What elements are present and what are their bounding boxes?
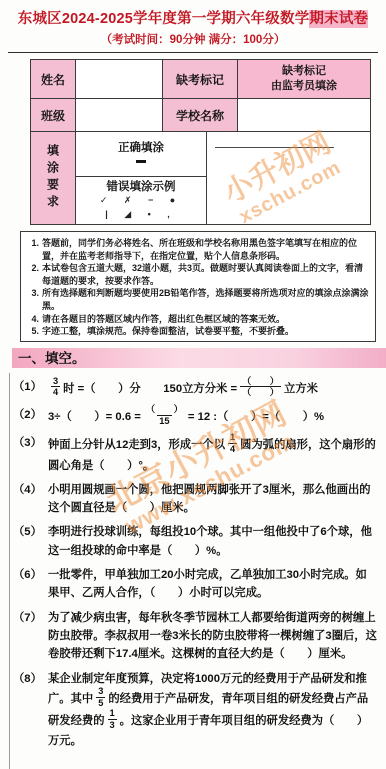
instructions-list: 1.答题前，同学们务必将姓名、所在班级和学校名称用黑色签字笔填写在相应的位置，并… — [24, 237, 369, 338]
fraction: 13 — [108, 708, 117, 730]
question-item: （5）李明进行投球训练，每组投10个球。其中一组他投中了6个球，他这一组投球的命… — [13, 523, 378, 560]
instruction-item: 5.字迹工整，填涂规范。保持卷面整洁，试卷要平整，不要折叠。 — [24, 325, 369, 338]
header-row-fill: 填涂要求 正确填涂 ▬ 错误填涂示例 ✓ ✗ − ● | ◢ • ‚ — [31, 132, 370, 224]
absent-note-line1: 缺考标记 — [282, 64, 326, 79]
question-item: （7）为了减少病虫害，每年秋冬季节园林工人都要给街道两旁的树缠上防虫胶带。李叔叔… — [13, 609, 378, 664]
question-text: 钟面上分针从12走到3，形成一个以14圆为弧的扇形，这个扇形的圆心角是（ ）°。 — [48, 434, 378, 475]
question-item: （8）某企业制定年度预算，决定将1000万元的经费用于产品研发和推广。其中35的… — [13, 670, 378, 751]
question-number: （5） — [13, 523, 48, 560]
instruction-number: 2. — [24, 262, 39, 287]
absent-mark-label: 缺考标记 — [162, 60, 237, 98]
correct-fill-mark-icon: ▬ — [136, 155, 146, 168]
instruction-text: 请在各题目的答题区域内作答，超出红色框区域的答案无效。 — [42, 313, 369, 326]
question-number: （8） — [13, 670, 48, 751]
wrong-fill-cell: 错误填涂示例 ✓ ✗ − ● | ◢ • ‚ — [76, 177, 206, 224]
wrong-fill-label: 错误填涂示例 — [107, 180, 176, 195]
header-table: 姓名 缺考标记 缺考标记 由监考员填涂 班级 学校名称 填涂要求 正确填涂 ▬ — [30, 59, 371, 225]
question-text: 为了减少病虫害，每年秋冬季节园林工人都要给街道两旁的树缠上防虫胶带。李叔叔用一卷… — [48, 609, 378, 664]
fill-requirement-text: 填涂要求 — [45, 144, 62, 212]
header-row-class: 班级 学校名称 — [31, 99, 370, 132]
instructions-box: 1.答题前，同学们务必将姓名、所在班级和学校名称用黑色签字笔填写在相应的位置，并… — [20, 231, 376, 342]
fraction: 34 — [51, 376, 60, 398]
section-heading: 一、填空。 — [8, 347, 386, 368]
question-item: （1）34时 =（ ）分 150立方分米 =（ ）（ ）立方米 — [13, 378, 378, 400]
question-number: （3） — [13, 434, 48, 475]
fill-requirement-label: 填涂要求 — [31, 132, 75, 224]
class-blank-cell — [75, 99, 162, 131]
question-item: （6）一批零件，甲单独加工20小时完成，乙单独加工30小时完成。如果甲、乙两人合… — [13, 566, 378, 603]
correct-fill-cell: 正确填涂 ▬ — [76, 132, 206, 177]
fraction: （ ）15 — [144, 404, 185, 426]
wrong-fill-marks-row1: ✓ ✗ − ● — [100, 194, 182, 208]
exam-page: 东城区2024-2025学年度第一学期六年级数学期末试卷 （考试时间：90分钟 … — [0, 7, 386, 769]
instruction-number: 4. — [24, 313, 39, 326]
instruction-text: 答题前，同学们务必将姓名、所在班级和学校名称用黑色签字笔填写在相应的位置，并在监… — [42, 237, 369, 262]
question-text: 李明进行投球训练，每组投10个球。其中一组他投中了6个球，他这一组投球的命中率是… — [48, 523, 378, 560]
header-row-name: 姓名 缺考标记 缺考标记 由监考员填涂 — [31, 60, 370, 99]
fill-examples: 正确填涂 ▬ 错误填涂示例 ✓ ✗ − ● | ◢ • ‚ — [75, 132, 207, 224]
wrong-fill-marks-row2: | ◢ • ‚ — [105, 208, 177, 222]
class-label: 班级 — [31, 99, 75, 131]
title-divider — [8, 52, 378, 53]
question-text: 某企业制定年度预算，决定将1000万元的经费用于产品研发和推广。其中35的经费用… — [48, 670, 378, 751]
title-main: 东城区2024-2025学年度第一学期六年级数学 — [18, 11, 310, 27]
question-number: （6） — [13, 566, 48, 603]
title-highlight: 期末试卷 — [309, 10, 368, 28]
fraction: 35 — [96, 686, 105, 708]
absent-note-line2: 由监考员填涂 — [271, 79, 337, 94]
fraction: （ ）（ ） — [240, 376, 281, 398]
instruction-text: 字迹工整，填涂规范。保持卷面整洁，试卷要平整，不要折叠。 — [42, 325, 369, 338]
question-text: 34时 =（ ）分 150立方分米 =（ ）（ ）立方米 — [48, 378, 378, 400]
question-number: （7） — [13, 609, 48, 664]
instruction-number: 5. — [24, 325, 39, 338]
question-item: （4）小明用圆规画一个圆，他把圆规两脚张开了3厘米，那么他画出的这个圆直径是（ … — [13, 481, 378, 518]
question-text: 3÷（ ）= 0.6 =（ ）15= 12 :（ ）=（ ）% — [48, 406, 378, 428]
school-label: 学校名称 — [162, 99, 237, 131]
questions-list: （1）34时 =（ ）分 150立方分米 =（ ）（ ）立方米（2）3÷（ ）=… — [9, 373, 381, 769]
question-number: （2） — [13, 406, 48, 428]
question-number: （4） — [13, 481, 48, 518]
page-subtitle: （考试时间：90分钟 满分：100分） — [0, 31, 386, 47]
instruction-item: 4.请在各题目的答题区域内作答，超出红色框区域的答案无效。 — [24, 313, 369, 326]
instruction-text: 所有选择题和判断题均要使用2B铅笔作答，选择题要将所选项对应的填涂点涂满涂黑。 — [42, 287, 369, 312]
page-title: 东城区2024-2025学年度第一学期六年级数学期末试卷 — [0, 7, 386, 28]
barcode-line — [215, 147, 334, 148]
name-blank-cell — [75, 60, 162, 98]
instruction-number: 3. — [24, 287, 39, 312]
instruction-text: 本试卷包含五道大题，32道小题，共3页。做题时要认真阅读卷面上的文字，看清每道题… — [42, 262, 369, 287]
instruction-item: 2.本试卷包含五道大题，32道小题，共3页。做题时要认真阅读卷面上的文字，看清每… — [24, 262, 369, 287]
question-item: （3）钟面上分针从12走到3，形成一个以14圆为弧的扇形，这个扇形的圆心角是（ … — [13, 434, 378, 475]
barcode-area — [207, 132, 370, 224]
instruction-item: 1.答题前，同学们务必将姓名、所在班级和学校名称用黑色签字笔填写在相应的位置，并… — [24, 237, 369, 262]
instruction-number: 1. — [24, 237, 39, 262]
question-text: 小明用圆规画一个圆，他把圆规两脚张开了3厘米，那么他画出的这个圆直径是（ ）厘米… — [48, 481, 378, 518]
correct-fill-label: 正确填涂 — [118, 141, 164, 155]
section-title: 一、填空。 — [8, 347, 86, 367]
absent-note: 缺考标记 由监考员填涂 — [237, 60, 370, 98]
question-text: 一批零件，甲单独加工20小时完成，乙单独加工30小时完成。如果甲、乙两人合作，（… — [48, 566, 378, 603]
fraction: 14 — [228, 432, 237, 454]
name-label: 姓名 — [31, 60, 75, 98]
question-number: （1） — [13, 378, 48, 400]
instruction-item: 3.所有选择题和判断题均要使用2B铅笔作答，选择题要将所选项对应的填涂点涂满涂黑… — [24, 287, 369, 312]
question-item: （2）3÷（ ）= 0.6 =（ ）15= 12 :（ ）=（ ）% — [13, 406, 378, 428]
school-blank-cell — [237, 99, 370, 131]
